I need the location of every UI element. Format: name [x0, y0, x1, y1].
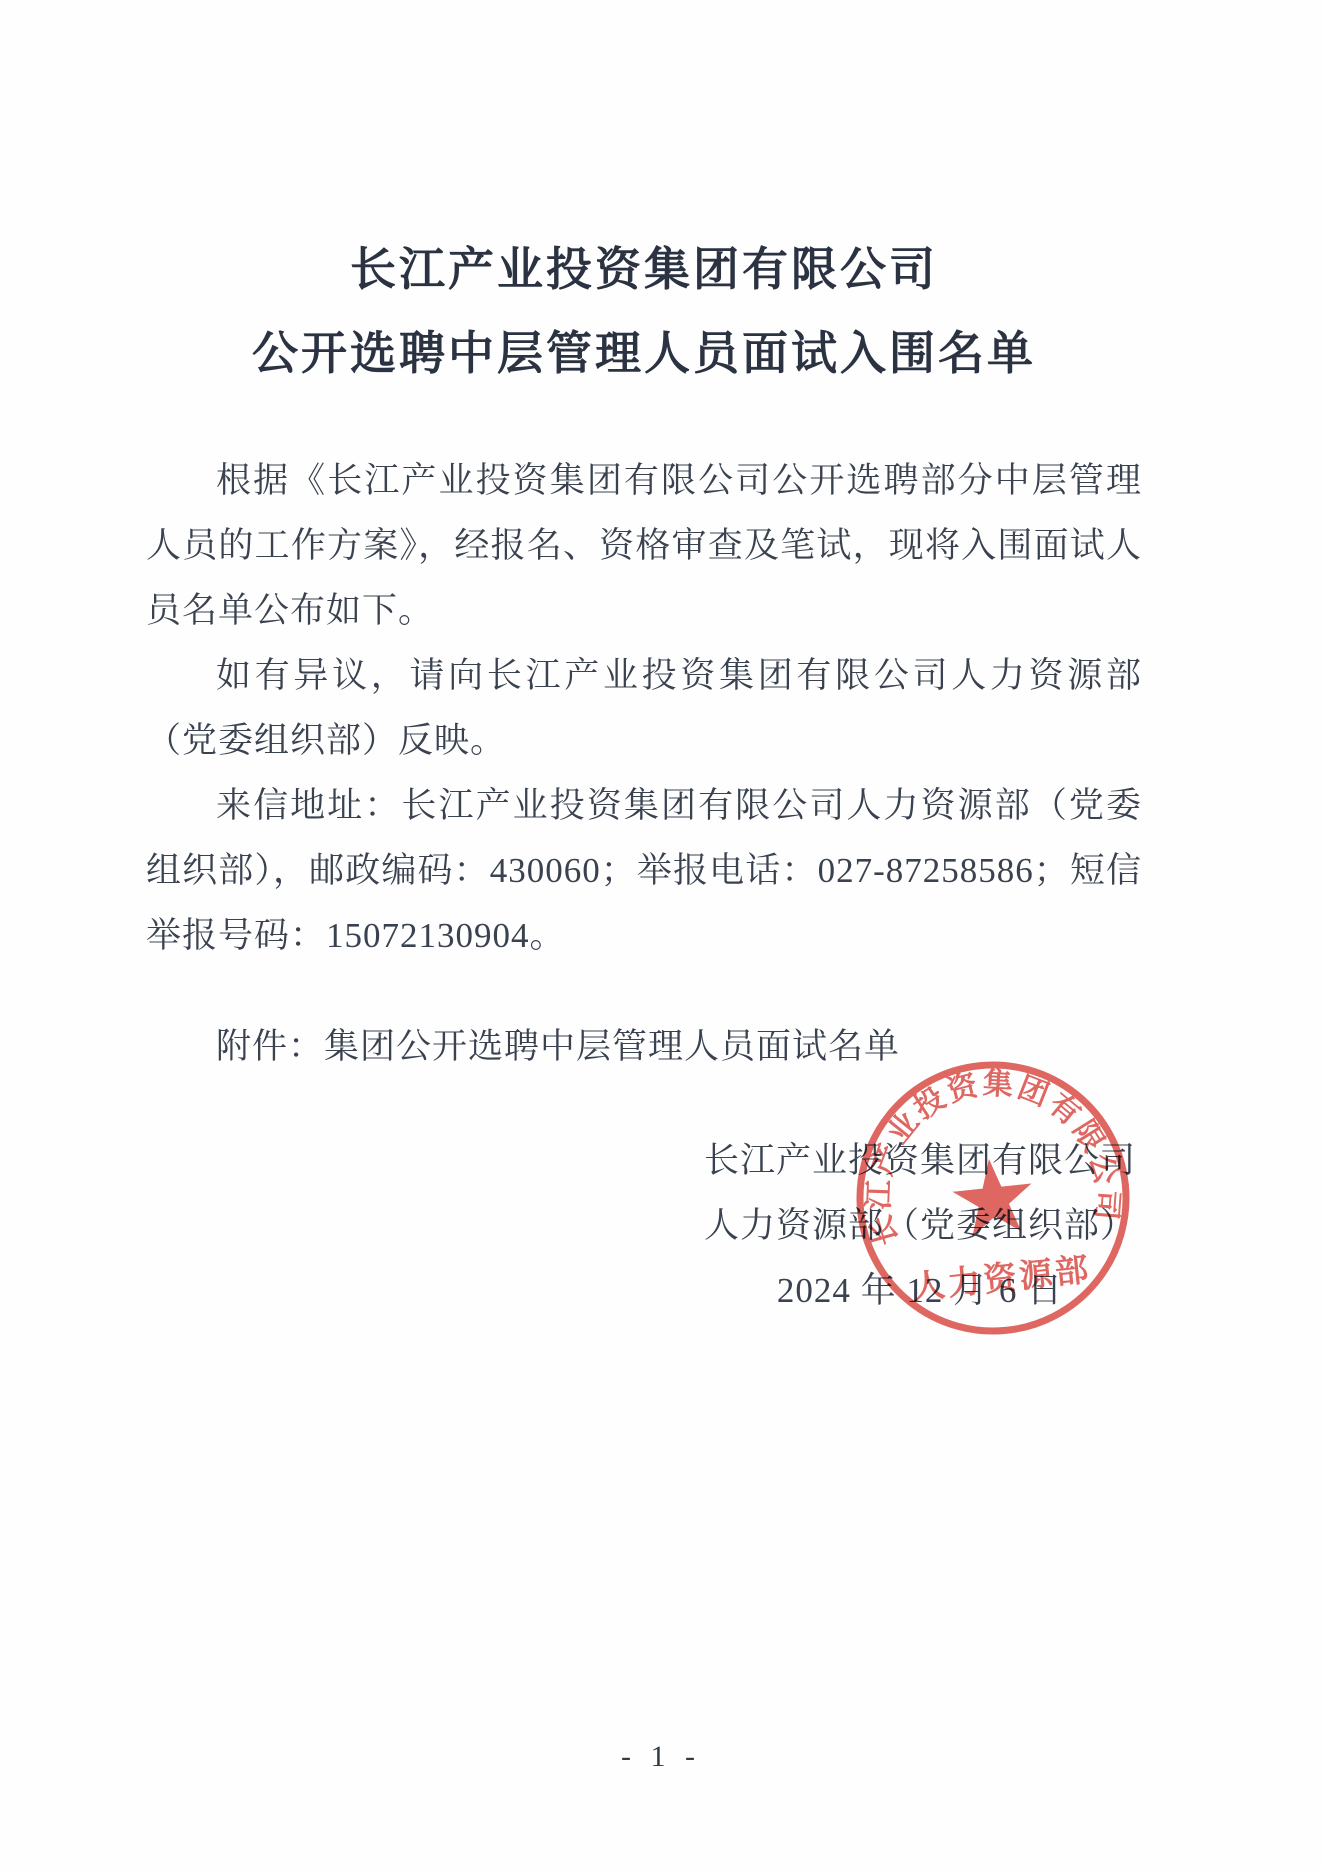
body-paragraph-3: 来信地址：长江产业投资集团有限公司人力资源部（党委组织部），邮政编码：43006… — [146, 773, 1142, 968]
body-paragraph-2: 如有异议，请向长江产业投资集团有限公司人力资源部（党委组织部）反映。 — [146, 643, 1142, 773]
signature-org-line-1: 长江产业投资集团有限公司 — [704, 1128, 1136, 1193]
title-line-1: 长江产业投资集团有限公司 — [146, 228, 1142, 312]
signature-block: 长江产业投资集团有限公司 人力资源部（党委组织部） 2024 年 12 月 6 … — [704, 1128, 1136, 1323]
document-body: 根据《长江产业投资集团有限公司公开选聘部分中层管理人员的工作方案》，经报名、资格… — [146, 448, 1142, 1079]
document-page: 长江产业投资集团有限公司 公开选聘中层管理人员面试入围名单 根据《长江产业投资集… — [0, 0, 1322, 1871]
document-title: 长江产业投资集团有限公司 公开选聘中层管理人员面试入围名单 — [146, 0, 1142, 396]
body-paragraph-1: 根据《长江产业投资集团有限公司公开选聘部分中层管理人员的工作方案》，经报名、资格… — [146, 448, 1142, 643]
attachment-line: 附件：集团公开选聘中层管理人员面试名单 — [146, 1014, 1142, 1079]
signature-date: 2024 年 12 月 6 日 — [704, 1258, 1136, 1323]
title-line-2: 公开选聘中层管理人员面试入围名单 — [146, 312, 1142, 396]
signature-org-line-2: 人力资源部（党委组织部） — [704, 1193, 1136, 1258]
page-number: - 1 - — [0, 1740, 1322, 1774]
